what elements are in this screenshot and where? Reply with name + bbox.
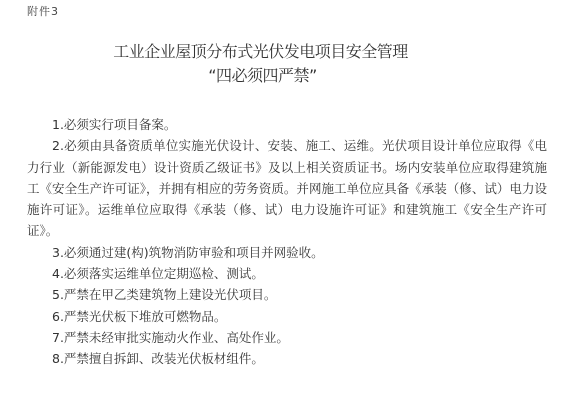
- item-3: 3.必须通过建(构)筑物消防审验和项目并网验收。: [27, 242, 547, 263]
- item-8: 8.严禁擅自拆卸、改装光伏板材组件。: [27, 348, 547, 369]
- title-line-1: 工业企业屋顶分布式光伏发电项目安全管理: [0, 40, 561, 64]
- item-2: 2.必须由具备资质单位实施光伏设计、安装、施工、运维。光伏项目设计单位应取得《电…: [27, 135, 547, 241]
- item-4: 4.必须落实运维单位定期巡检、测试。: [27, 263, 547, 284]
- item-6: 6.严禁光伏板下堆放可燃物品。: [27, 306, 547, 327]
- document-title: 工业企业屋顶分布式光伏发电项目安全管理 “四必须四严禁”: [0, 40, 561, 88]
- item-7: 7.严禁未经审批实施动火作业、高处作业。: [27, 327, 547, 348]
- attachment-label: 附件3: [27, 3, 59, 19]
- item-5: 5.严禁在甲乙类建筑物上建设光伏项目。: [27, 284, 547, 305]
- title-line-2: “四必须四严禁”: [0, 64, 561, 88]
- document-body: 1.必须实行项目备案。 2.必须由具备资质单位实施光伏设计、安装、施工、运维。光…: [27, 114, 547, 370]
- item-1: 1.必须实行项目备案。: [27, 114, 547, 135]
